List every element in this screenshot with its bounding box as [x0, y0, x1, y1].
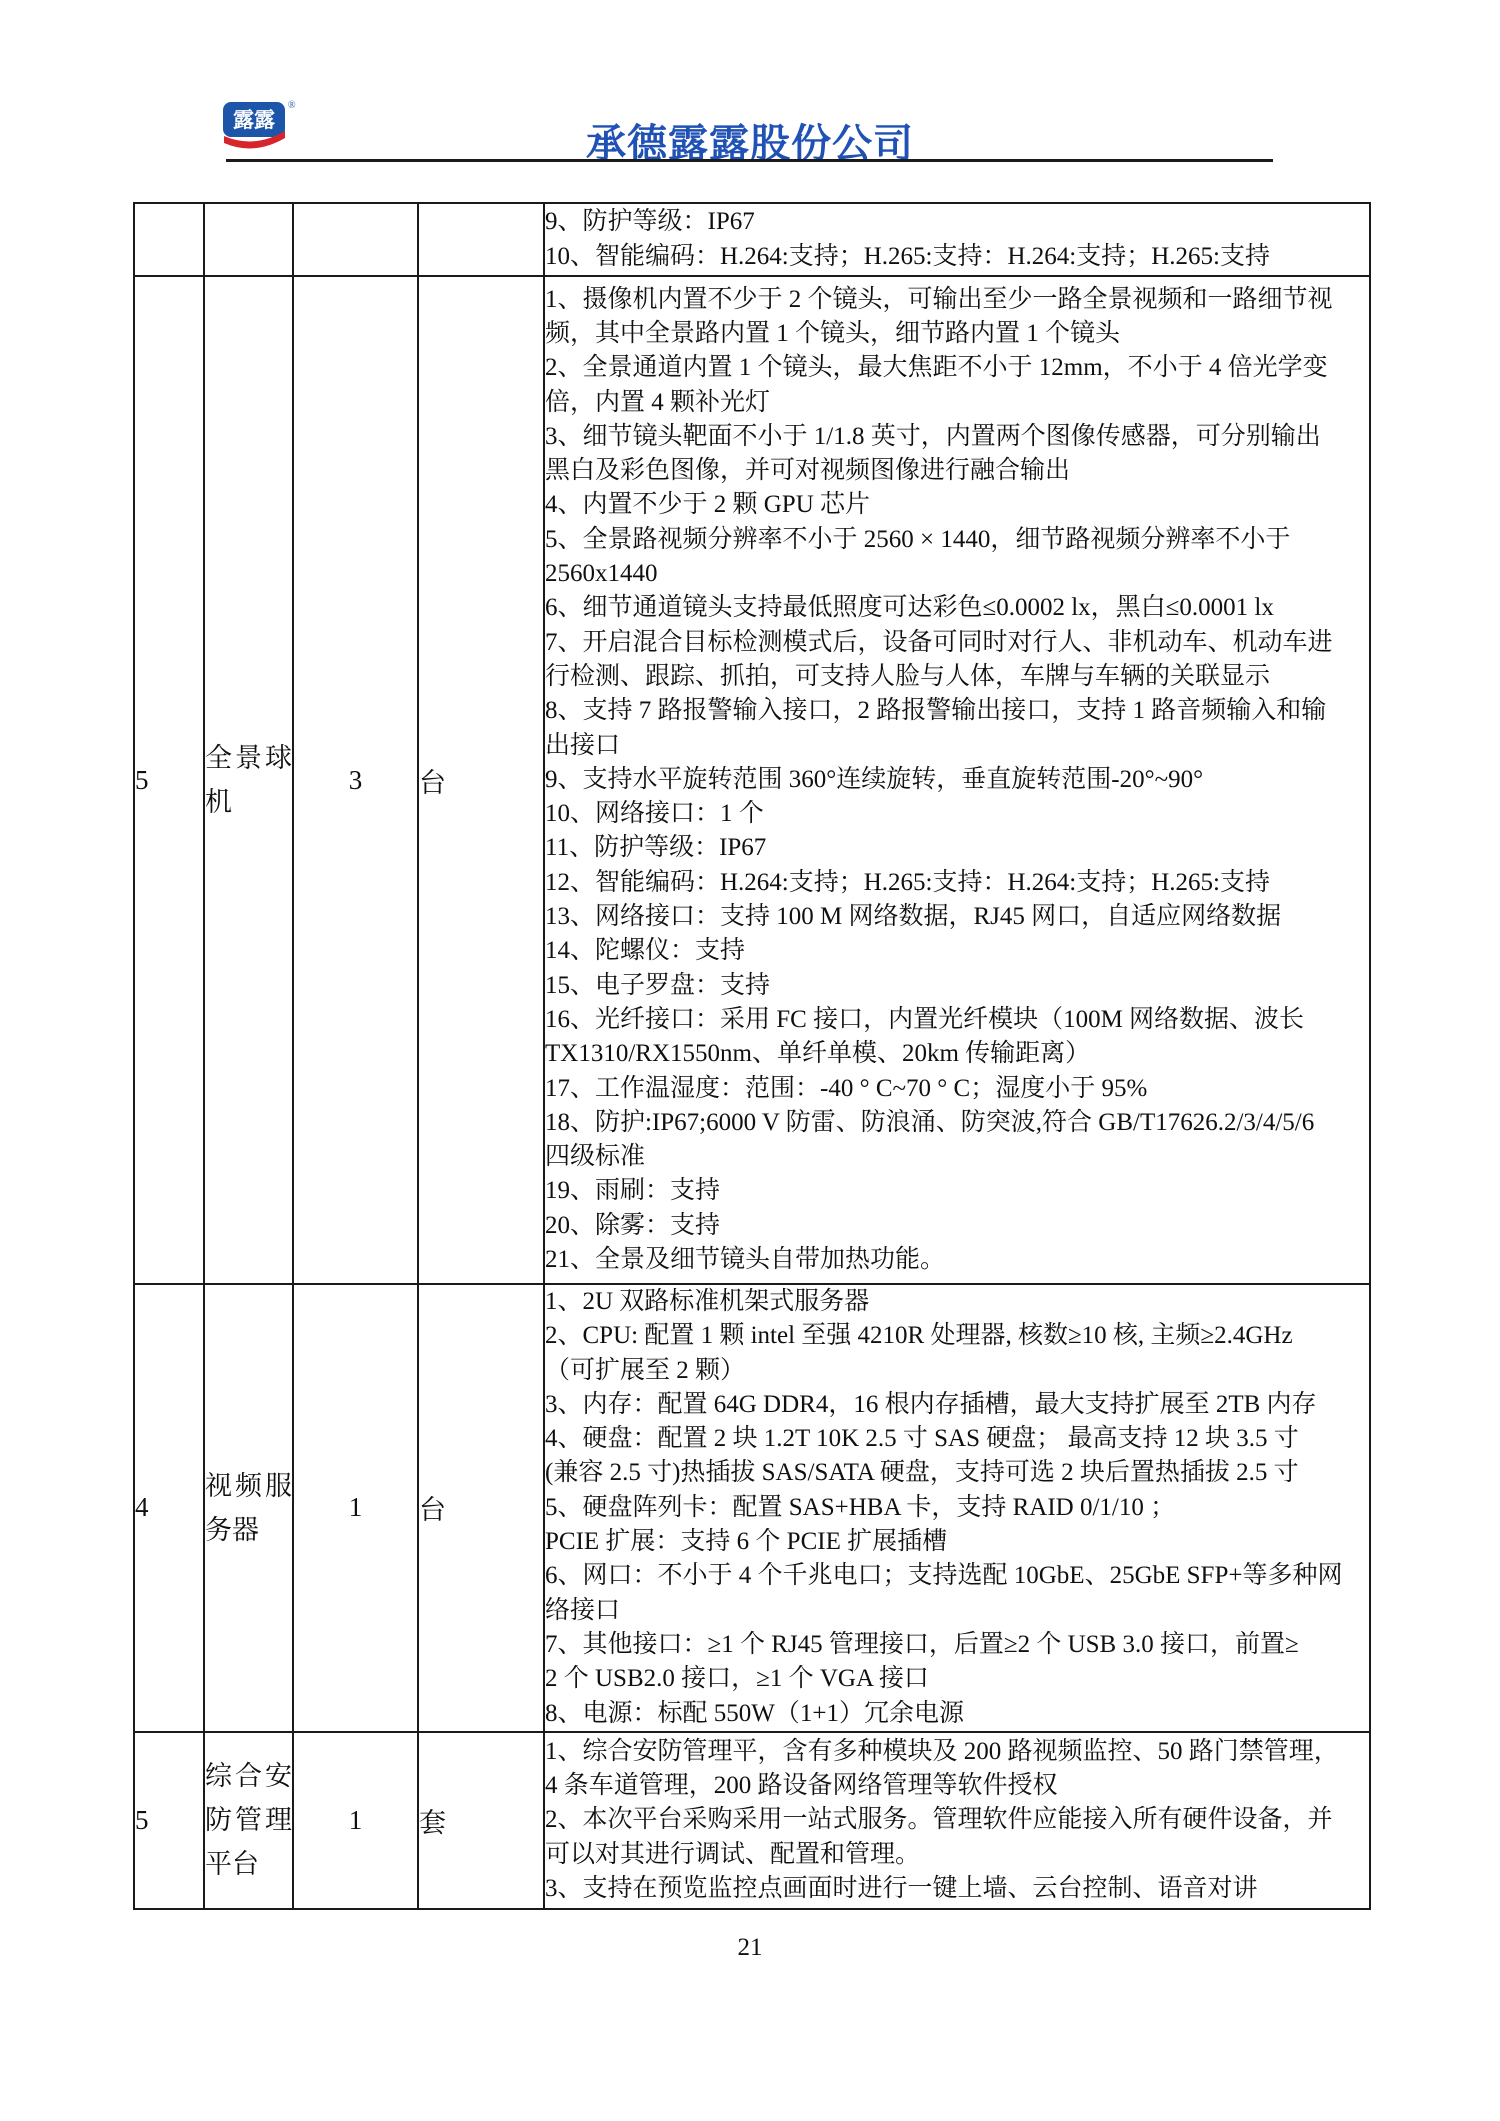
cell-index: 4	[134, 1284, 204, 1732]
table-row: 5 综合安防管理平台 1 套 1、综合安防管理平，含有多种模块及 200 路视频…	[134, 1732, 1370, 1909]
cell-qty: 3	[293, 276, 418, 1284]
cell-name: 综合安防管理平台	[204, 1732, 293, 1909]
cell-name: 全景球机	[204, 276, 293, 1284]
cell-qty: 1	[293, 1732, 418, 1909]
cell-name	[204, 203, 293, 276]
cell-spec: 9、防护等级：IP67 10、智能编码：H.264:支持；H.265:支持：H.…	[544, 203, 1370, 276]
cell-spec: 1、综合安防管理平，含有多种模块及 200 路视频监控、50 路门禁管理， 4 …	[544, 1732, 1370, 1909]
cell-name: 视频服务器	[204, 1284, 293, 1732]
table-row: 4 视频服务器 1 台 1、2U 双路标准机架式服务器 2、CPU: 配置 1 …	[134, 1284, 1370, 1732]
cell-unit: 台	[418, 276, 544, 1284]
cell-spec: 1、2U 双路标准机架式服务器 2、CPU: 配置 1 颗 intel 至强 4…	[544, 1284, 1370, 1732]
cell-index: 5	[134, 276, 204, 1284]
registered-mark: ®	[288, 100, 296, 111]
header-divider	[226, 159, 1273, 162]
cell-index	[134, 203, 204, 276]
cell-spec: 1、摄像机内置不少于 2 个镜头，可输出至少一路全景视频和一路细节视 频，其中全…	[544, 276, 1370, 1284]
page-number: 21	[0, 1934, 1500, 1962]
cell-qty	[293, 203, 418, 276]
cell-unit: 套	[418, 1732, 544, 1909]
table-row: 9、防护等级：IP67 10、智能编码：H.264:支持；H.265:支持：H.…	[134, 203, 1370, 276]
equipment-spec-table: 9、防护等级：IP67 10、智能编码：H.264:支持；H.265:支持：H.…	[133, 202, 1371, 1910]
cell-unit: 台	[418, 1284, 544, 1732]
cell-unit	[418, 203, 544, 276]
cell-index: 5	[134, 1732, 204, 1909]
cell-qty: 1	[293, 1284, 418, 1732]
table-row: 5 全景球机 3 台 1、摄像机内置不少于 2 个镜头，可输出至少一路全景视频和…	[134, 276, 1370, 1284]
document-page: 露露 ® 承德露露股份公司 9、防护等级：IP67 10、智能编码：H.264:…	[0, 0, 1500, 2121]
